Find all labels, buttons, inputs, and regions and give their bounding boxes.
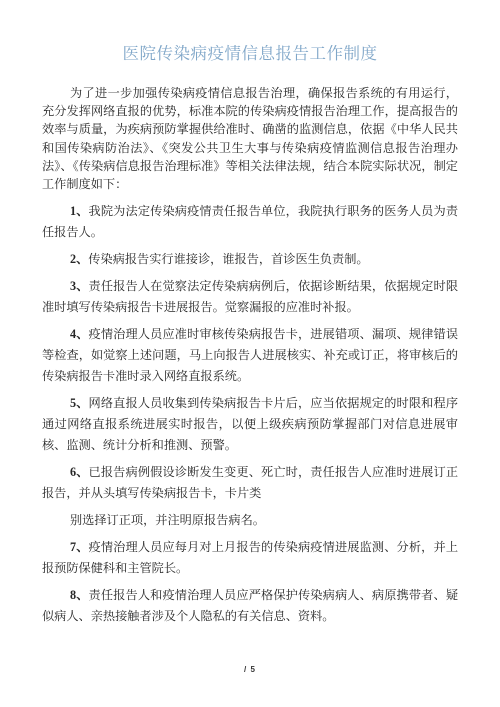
list-item: 6、已报告病例假设诊断发生变更、死亡时，责任报告人应准时进展订正报告，并从头填写… <box>42 462 458 504</box>
item-text: 疫情治理人员应准时审核传染病报告卡，进展错项、漏项、规律错误等检查，如觉察上述问… <box>42 327 458 383</box>
item-text: 传染病报告实行谁接诊，谁报告，首诊医生负责制。 <box>88 252 368 266</box>
list-item-continuation: 别选择订正项，并注明原报告病名。 <box>42 510 458 531</box>
item-number: 2、 <box>70 252 88 266</box>
intro-paragraph: 为了进一步加强传染病疫情信息报告治理，确保报告系统的有用运行，充分发挥网络直报的… <box>42 84 458 193</box>
list-item: 8、责任报告人和疫情治理人员应严格保护传染病病人、病原携带者、疑似病人、亲热接触… <box>42 585 458 627</box>
item-number: 5、 <box>70 396 89 410</box>
item-text: 我院为法定传染病疫情责任报告单位，我院执行职务的医务人员为责任报告人。 <box>42 204 458 239</box>
item-number: 8、 <box>70 588 89 602</box>
item-number: 4、 <box>70 327 89 341</box>
list-item: 2、传染病报告实行谁接诊，谁报告，首诊医生负责制。 <box>42 249 458 270</box>
item-number: 6、 <box>70 465 89 479</box>
item-number: 7、 <box>70 540 89 554</box>
item-number: 3、 <box>70 279 89 293</box>
list-item: 3、责任报告人在觉察法定传染病病例后，依据诊断结果，依据规定时限准时填写传染病报… <box>42 276 458 318</box>
item-text: 疫情治理人员应每月对上月报告的传染病疫情进展监测、分析，并上报预防保健科和主管院… <box>42 540 458 575</box>
item-text: 责任报告人和疫情治理人员应严格保护传染病病人、病原携带者、疑似病人、亲热接触者涉… <box>42 588 458 623</box>
document-title: 医院传染病疫情信息报告工作制度 <box>42 44 458 64</box>
item-number: 1、 <box>70 204 89 218</box>
document-page: 医院传染病疫情信息报告工作制度 为了进一步加强传染病疫情信息报告治理，确保报告系… <box>0 0 500 707</box>
list-item: 5、网络直报人员收集到传染病报告卡片后，应当依据规定的时限和程序通过网络直报系统… <box>42 393 458 456</box>
list-item: 4、疫情治理人员应准时审核传染病报告卡，进展错项、漏项、规律错误等检查，如觉察上… <box>42 324 458 387</box>
item-text: 已报告病例假设诊断发生变更、死亡时，责任报告人应准时进展订正报告，并从头填写传染… <box>42 465 458 500</box>
item-text: 别选择订正项，并注明原报告病名。 <box>70 513 265 527</box>
list-item: 7、疫情治理人员应每月对上月报告的传染病疫情进展监测、分析，并上报预防保健科和主… <box>42 537 458 579</box>
page-number: / 5 <box>0 665 500 674</box>
item-text: 责任报告人在觉察法定传染病病例后，依据诊断结果，依据规定时限准时填写传染病报告卡… <box>42 279 458 314</box>
item-text: 网络直报人员收集到传染病报告卡片后，应当依据规定的时限和程序通过网络直报系统进展… <box>42 396 458 452</box>
document-content: 医院传染病疫情信息报告工作制度 为了进一步加强传染病疫情信息报告治理，确保报告系… <box>0 0 500 627</box>
list-item: 1、我院为法定传染病疫情责任报告单位，我院执行职务的医务人员为责任报告人。 <box>42 201 458 243</box>
